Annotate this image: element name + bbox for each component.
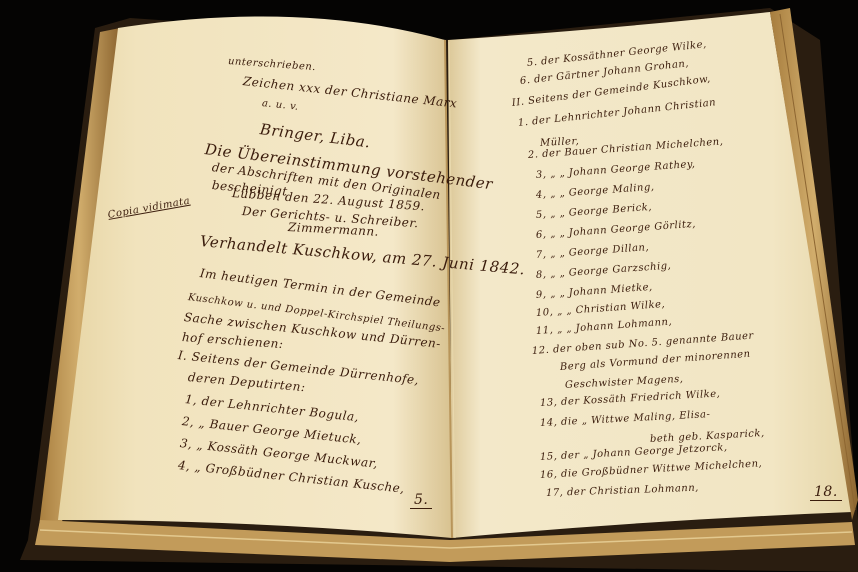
book-photo: unterschrieben. Zeichen xxx der Christia… [0,0,858,572]
open-book-illustration [0,0,858,572]
